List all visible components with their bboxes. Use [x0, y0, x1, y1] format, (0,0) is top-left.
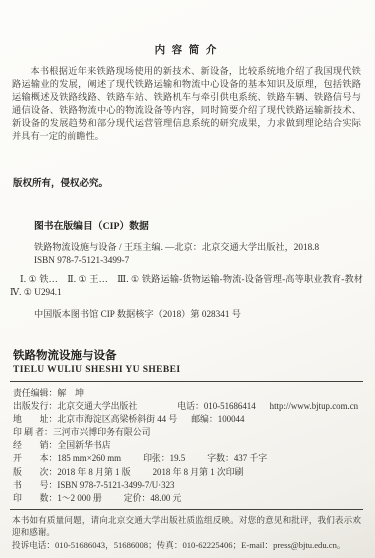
colophon-value: 解 坤 — [57, 387, 84, 400]
colophon-label: 地 址： — [13, 413, 57, 426]
postal-code: 邮编：100044 — [191, 413, 244, 426]
colophon-row-distributor: 经 销： 全国新华书店 — [13, 439, 363, 452]
colophon-value: 全国新华书店 — [57, 439, 110, 452]
colophon-value: 北京交通大学出版社 — [57, 400, 137, 413]
colophon-value: 185 mm×260 mm — [57, 452, 121, 465]
colophon-label: 开 本： — [13, 452, 57, 465]
sheet-count: 印张：19.5 — [143, 452, 185, 465]
colophon-value: 三河市兴博印务有限公司 — [53, 426, 151, 439]
colophon-value: ISBN 978-7-5121-3499-7/U·323 — [57, 479, 174, 492]
publisher-url: http://www.bjtup.com.cn — [270, 400, 358, 413]
colophon-label: 经 销： — [13, 439, 57, 452]
colophon-row-isbn: 书 号： ISBN 978-7-5121-3499-7/U·323 — [13, 479, 363, 492]
colophon-row-address: 地 址： 北京市海淀区高梁桥斜街 44 号 邮编：100044 — [13, 413, 363, 426]
colophon-label: 印 刷 者： — [13, 426, 53, 439]
colophon-row-edition: 版 次： 2018 年 8 月第 1 版 2018 年 8 月第 1 次印刷 — [13, 466, 363, 479]
colophon-phone: 电话：010-51686414 — [177, 400, 255, 413]
colophon-value: 北京市海淀区高梁桥斜街 44 号 — [57, 413, 177, 426]
colophon-label: 书 号： — [13, 479, 57, 492]
colophon-label: 责任编辑： — [13, 387, 57, 400]
colophon: 责任编辑： 解 坤 出版发行： 北京交通大学出版社 电话：010-5168641… — [13, 387, 363, 505]
word-count: 字数：437 千字 — [207, 452, 267, 465]
colophon-label: 印 数： — [13, 492, 57, 505]
book-title: 铁路物流设施与设备 — [13, 349, 363, 364]
cip-title-line: 铁路物流设施与设备 / 王珏主编. —北京：北京交通大学出版社，2018.8 — [34, 241, 363, 254]
colophon-label: 版 次： — [13, 466, 57, 479]
colophon-value: 1～2 000 册 — [57, 492, 101, 505]
cip-record-number: 中国版本图书馆 CIP 数据核字（2018）第 028341 号 — [34, 308, 363, 321]
colophon-row-publisher: 出版发行： 北京交通大学出版社 电话：010-51686414 http://w… — [13, 400, 363, 413]
title-block: 铁路物流设施与设备 TIELU WULIU SHESHI YU SHEBEI — [13, 349, 363, 377]
cip-section: 图书在版编目（CIP）数据 铁路物流设施与设备 / 王珏主编. —北京：北京交通… — [10, 218, 363, 321]
copyright-notice: 版权所有，侵权必究。 — [13, 175, 363, 189]
colophon-row-printer: 印 刷 者： 三河市兴博印务有限公司 — [13, 426, 363, 439]
quality-notice-line1: 本书如有质量问题，请向北京交通大学出版社质监组反映。对您的意见和批评，我们表示欢… — [12, 514, 361, 539]
cip-heading: 图书在版编目（CIP）数据 — [34, 218, 363, 232]
content-summary-paragraph: 本书根据近年来铁路现场使用的新技术、新设备，比较系统地介绍了我国现代铁路运输业的… — [12, 65, 361, 143]
colophon-row-editor: 责任编辑： 解 坤 — [13, 387, 363, 400]
printing-info: 2018 年 8 月第 1 次印刷 — [153, 466, 244, 479]
price: 定价：48.00 元 — [124, 492, 182, 505]
colophon-row-print-run: 印 数： 1～2 000 册 定价：48.00 元 — [13, 492, 363, 505]
quality-notice: 本书如有质量问题，请向北京交通大学出版社质监组反映。对您的意见和批评，我们表示欢… — [12, 514, 361, 552]
quality-notice-line2: 投诉电话：010-51686043，51686008；传真：010-622254… — [12, 539, 361, 552]
divider-top — [10, 381, 363, 382]
content-summary-heading: 内 容 简 介 — [10, 42, 363, 57]
cip-isbn-line: ISBN 978-7-5121-3499-7 — [34, 254, 363, 267]
divider-bottom — [10, 509, 363, 510]
colophon-row-format: 开 本： 185 mm×260 mm 印张：19.5 字数：437 千字 — [13, 452, 363, 465]
book-title-pinyin: TIELU WULIU SHESHI YU SHEBEI — [13, 364, 363, 377]
colophon-label: 出版发行： — [13, 400, 57, 413]
cip-classification-line: Ⅰ. ① 铁… Ⅱ. ① 王… Ⅲ. ① 铁路运输-货物运输-物流-设备管理-高… — [10, 273, 363, 299]
colophon-value: 2018 年 8 月第 1 版 — [57, 466, 130, 479]
book-copyright-page: 内 容 简 介 本书根据近年来铁路现场使用的新技术、新设备，比较系统地介绍了我国… — [0, 0, 375, 558]
